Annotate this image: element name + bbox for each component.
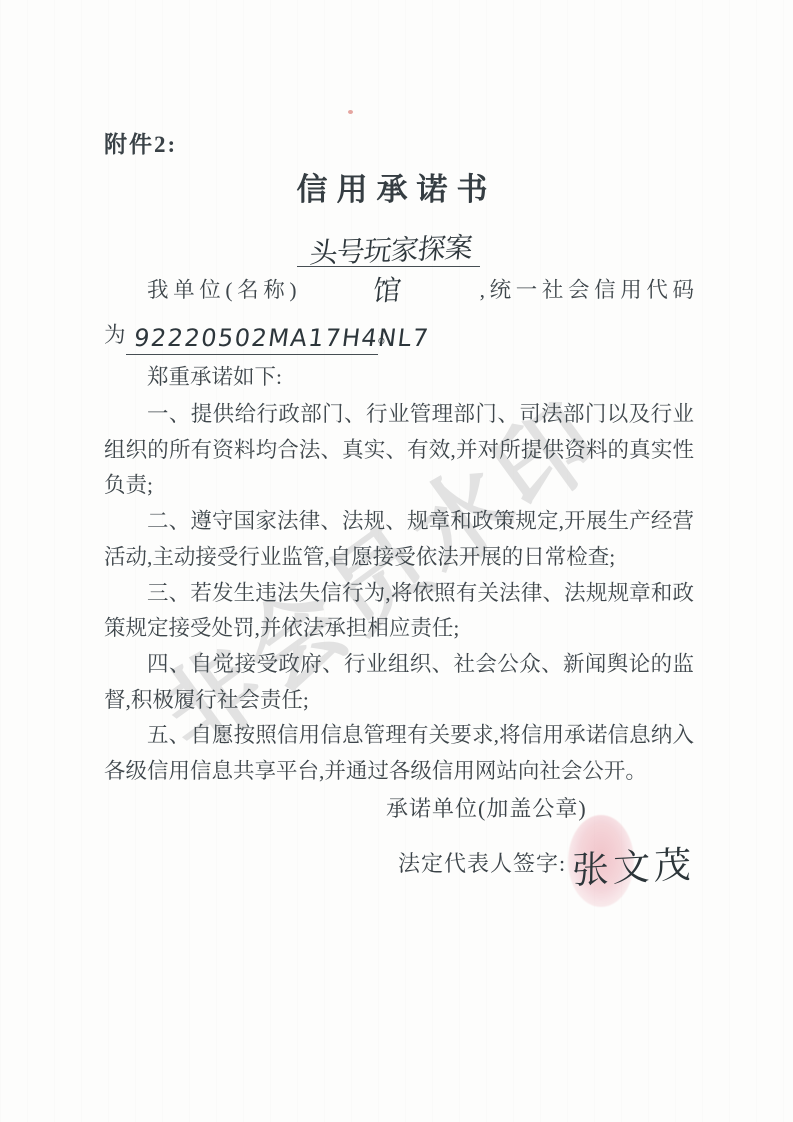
document-body: 我单位(名称)头号玩家探案馆,统一社会信用代码为92220502MA17H4NL…: [104, 233, 694, 790]
intro-prefix-text: 我单位(名称): [147, 278, 297, 302]
document-title: 信用承诺书: [0, 164, 793, 209]
legal-rep-signature-handwritten: 张文茂: [572, 834, 696, 895]
clause-3: 三、若发生违法失信行为,将依照有关法律、法规规章和政策规定接受处罚,并依法承担相…: [104, 576, 694, 647]
intro-middle-text: ,统一社会信用代码: [480, 278, 694, 302]
unit-name-handwritten: 头号玩家探案馆: [293, 226, 484, 313]
promising-unit-line: 承诺单位(加盖公章): [386, 792, 695, 823]
code-prefix-text: 为: [104, 323, 126, 347]
scanned-document-page: 非会员水印 附件2: 信用承诺书 我单位(名称)头号玩家探案馆,统一社会信用代码…: [0, 0, 793, 1122]
signature-block: 承诺单位(加盖公章) 法定代表人签字:张文茂: [386, 792, 695, 891]
unit-name-blank: 头号玩家探案馆: [297, 233, 480, 267]
scan-artifact-dot: [348, 110, 353, 114]
attachment-label: 附件2:: [104, 126, 177, 159]
clause-2: 二、遵守国家法律、法规、规章和政策规定,开展生产经营活动,主动接受行业监管,自愿…: [104, 504, 694, 575]
clause-5: 五、自愿按照信用信息管理有关要求,将信用承诺信息纳入各级信用信息共享平台,并通过…: [104, 718, 694, 789]
clause-4: 四、自觉接受政府、行业组织、社会公众、新闻舆论的监督,积极履行社会责任;: [104, 647, 694, 718]
legal-rep-label: 法定代表人签字:: [398, 851, 566, 876]
intro-paragraph: 我单位(名称)头号玩家探案馆,统一社会信用代码为92220502MA17H4NL…: [104, 233, 694, 358]
pledge-lead: 郑重承诺如下:: [104, 358, 694, 397]
clause-1: 一、提供给行政部门、行业管理部门、司法部门以及行业组织的所有资料均合法、真实、有…: [104, 397, 694, 504]
legal-rep-line: 法定代表人签字:张文茂: [386, 837, 695, 891]
credit-code-handwritten: 92220502MA17H4NL7: [132, 324, 431, 352]
credit-code-blank: 92220502MA17H4NL7: [126, 325, 378, 355]
